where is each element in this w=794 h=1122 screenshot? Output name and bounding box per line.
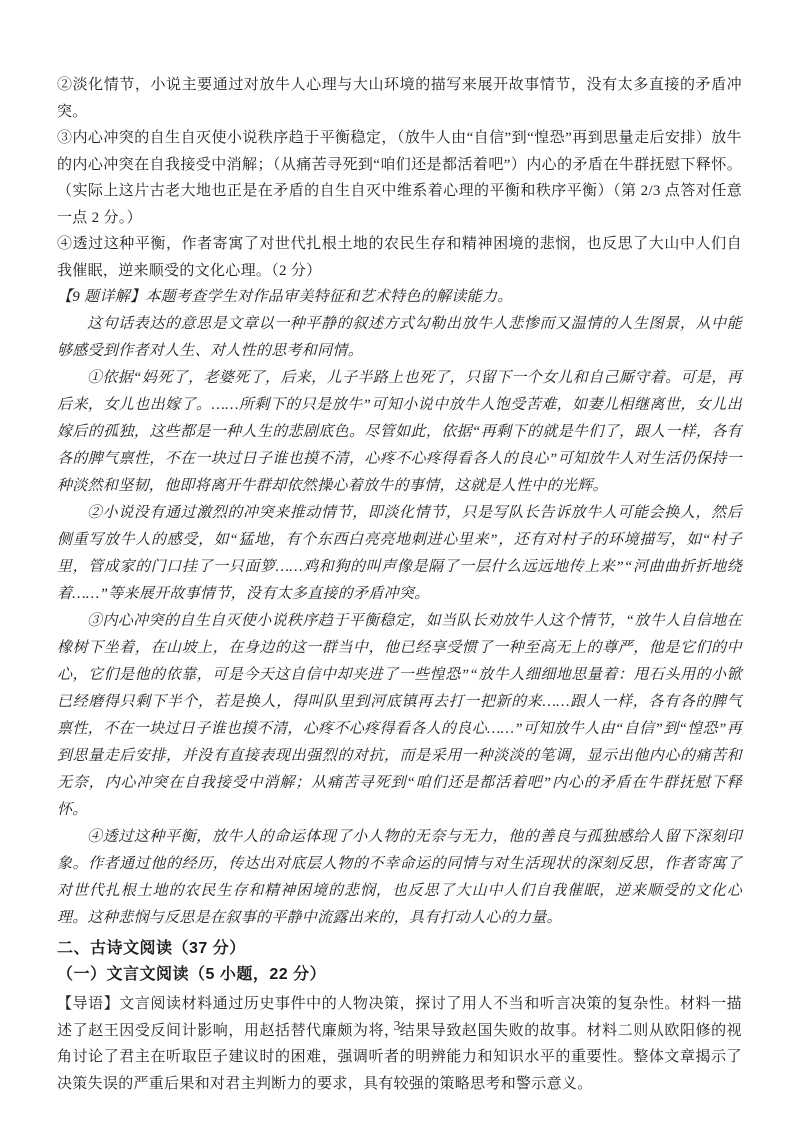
answer-paragraph: ③内心冲突的自生自灭使小说秩序趋于平衡稳定，（放牛人由“自信”到“惶恐”再到思量… <box>57 125 742 231</box>
answer-paragraph: ②淡化情节，小说主要通过对放牛人心理与大山环境的描写来展开故事情节，没有太多直接… <box>57 72 742 125</box>
daoyu-paragraph: 【导语】文言阅读材料通过历史事件中的人物决策，探讨了用人不当和听言决策的复杂性。… <box>57 991 742 1097</box>
answer-section: ②淡化情节，小说主要通过对放牛人心理与大山环境的描写来展开故事情节，没有太多直接… <box>57 72 742 284</box>
explanation-paragraph: ③内心冲突的自生自灭使小说秩序趋于平衡稳定，如当队长劝放牛人这个情节，“放牛人自… <box>57 608 742 824</box>
document-page: ②淡化情节，小说主要通过对放牛人心理与大山环境的描写来展开故事情节，没有太多直接… <box>0 0 794 1122</box>
answer-paragraph: ④透过这种平衡，作者寄寓了对世代扎根土地的农民生存和精神困境的悲悯，也反思了大山… <box>57 231 742 284</box>
explanation-section: 【9 题详解】本题考查学生对作品审美特征和艺术特色的解读能力。 这句话表达的意思… <box>57 284 742 932</box>
explanation-paragraph: 这句话表达的意思是文章以一种平静的叙述方式勾勒出放牛人悲惨而又温情的人生图景，从… <box>57 311 742 365</box>
section-heading-gushiwen: 二、古诗文阅读（37 分） <box>57 936 742 961</box>
page-number: 3 <box>0 1019 794 1035</box>
explanation-header: 【9 题详解】本题考查学生对作品审美特征和艺术特色的解读能力。 <box>57 284 742 311</box>
explanation-paragraph: ②小说没有通过激烈的冲突来推动情节，即淡化情节，只是写队长告诉放牛人可能会换人，… <box>57 500 742 608</box>
section-heading-wenyanwen: （一）文言文阅读（5 小题，22 分） <box>57 962 742 987</box>
explanation-paragraph: ①依据“妈死了，老婆死了，后来，儿子半路上也死了，只留下一个女儿和自己厮守着。可… <box>57 365 742 500</box>
explanation-paragraph: ④透过这种平衡，放牛人的命运体现了小人物的无奈与无力，他的善良与孤独感给人留下深… <box>57 824 742 932</box>
